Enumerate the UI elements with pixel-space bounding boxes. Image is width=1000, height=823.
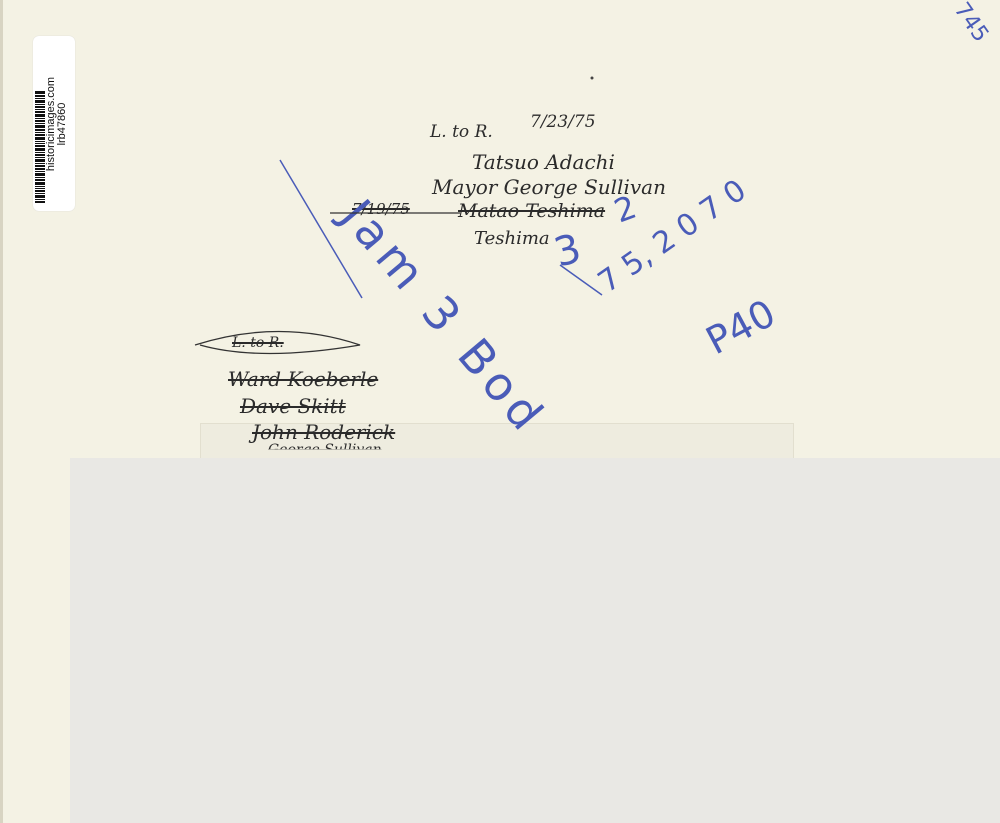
label-item-id: lrb47860 <box>57 39 68 209</box>
blank-panel <box>70 458 1000 823</box>
paper-edge <box>0 0 3 823</box>
caption-name-4: Teshima <box>474 228 550 249</box>
caption-name-3: Matao Teshima <box>458 200 605 222</box>
struck-name-1: Ward Koeberle <box>228 367 378 391</box>
caption-name-1: Tatsuo Adachi <box>472 150 615 174</box>
struck-header: L. to R. <box>232 335 284 351</box>
caption-header: L. to R. <box>430 122 493 142</box>
caption-date: 7/23/75 <box>530 112 596 132</box>
barcode-icon <box>35 45 45 203</box>
struck-name-2: Dave Skitt <box>240 394 346 418</box>
struck-name-3: John Roderick <box>252 420 395 444</box>
archive-label: historicimages.com lrb47860 <box>33 36 75 211</box>
